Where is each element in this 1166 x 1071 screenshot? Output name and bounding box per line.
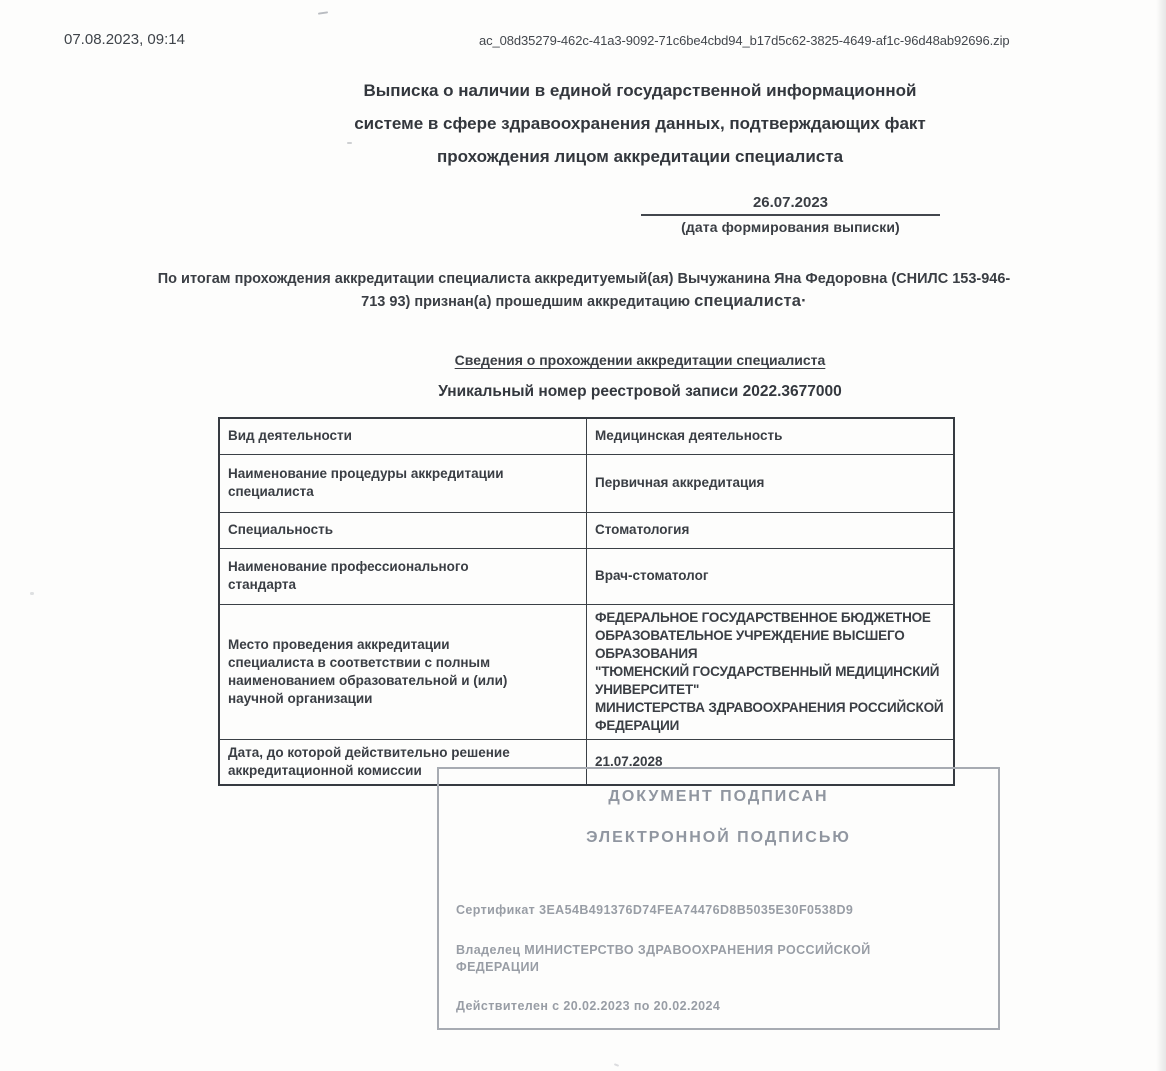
scanned-document-page: 07.08.2023, 09:14 ac_08d35279-462c-41a3-… [0,0,1166,1071]
issue-date-block: 26.07.2023 (дата формирования выписки) [641,194,940,235]
table-label-cell: Наименование процедуры аккредитации спец… [219,454,587,512]
issue-date-value: 26.07.2023 [641,194,940,216]
table-label-cell: Вид деятельности [219,418,587,454]
table-label-cell: Место проведения аккредитации специалист… [219,604,587,739]
signature-validity-line: Действителен с 20.02.2023 по 20.02.2024 [456,998,981,1015]
accreditation-summary-paragraph: По итогам прохождения аккредитации специ… [88,268,1080,313]
signature-title-line1: ДОКУМЕНТ ПОДПИСАН [439,788,998,806]
signature-owner-line: Владелец МИНИСТЕРСТВО ЗДРАВООХРАНЕНИЯ РО… [456,942,981,976]
table-row: Вид деятельности Медицинская деятельност… [219,418,954,454]
print-timestamp: 07.08.2023, 09:14 [64,31,185,48]
certificate-value: 3EA54B491376D74FEA74476D8B5035E30F0538D9 [539,903,853,917]
issue-date-caption: (дата формирования выписки) [641,219,940,235]
accreditation-details-table: Вид деятельности Медицинская деятельност… [218,417,955,786]
table-value-cell: ФЕДЕРАЛЬНОЕ ГОСУДАРСТВЕННОЕ БЮДЖЕТНОЕ ОБ… [587,604,955,739]
table-row: Наименование процедуры аккредитации спец… [219,454,954,512]
signature-title-line2: ЭЛЕКТРОННОЙ ПОДПИСЬЮ [439,829,998,847]
document-title: Выписка о наличии в единой государственн… [170,74,1110,173]
section-heading: Сведения о прохождении аккредитации спец… [220,352,1060,368]
table-value-cell: Врач-стоматолог [587,548,955,604]
table-row: Место проведения аккредитации специалист… [219,604,954,739]
scan-artifact [318,11,328,14]
scanner-edge-shadow [1156,0,1166,1071]
owner-label: Владелец [456,943,524,957]
electronic-signature-stamp: ДОКУМЕНТ ПОДПИСАН ЭЛЕКТРОННОЙ ПОДПИСЬЮ С… [437,767,1000,1030]
registry-number-line: Уникальный номер реестровой записи 2022.… [160,383,1120,401]
table-value-cell: Стоматология [587,512,955,548]
registry-label: Уникальный номер реестровой записи [438,383,738,400]
table-label-cell: Наименование профессионального стандарта [219,548,587,604]
table-row: Наименование профессионального стандарта… [219,548,954,604]
certificate-label: Сертификат [456,903,539,917]
table-value-cell: Медицинская деятельность [587,418,955,454]
table-value-cell: Первичная аккредитация [587,454,955,512]
summary-accent-word: специалиста· [694,292,807,310]
signature-certificate-line: Сертификат 3EA54B491376D74FEA74476D8B503… [456,902,981,919]
scan-artifact [30,592,34,595]
summary-line2: 713 93) признан(а) прошедшим аккредитаци… [361,294,694,310]
table-row: Специальность Стоматология [219,512,954,548]
summary-line1: По итогам прохождения аккредитации специ… [158,271,1011,287]
table-label-cell: Специальность [219,512,587,548]
scan-artifact [614,1063,619,1067]
registry-value: 2022.3677000 [743,383,842,400]
document-filename: ac_08d35279-462c-41a3-9092-71c6be4cbd94_… [479,33,1010,48]
